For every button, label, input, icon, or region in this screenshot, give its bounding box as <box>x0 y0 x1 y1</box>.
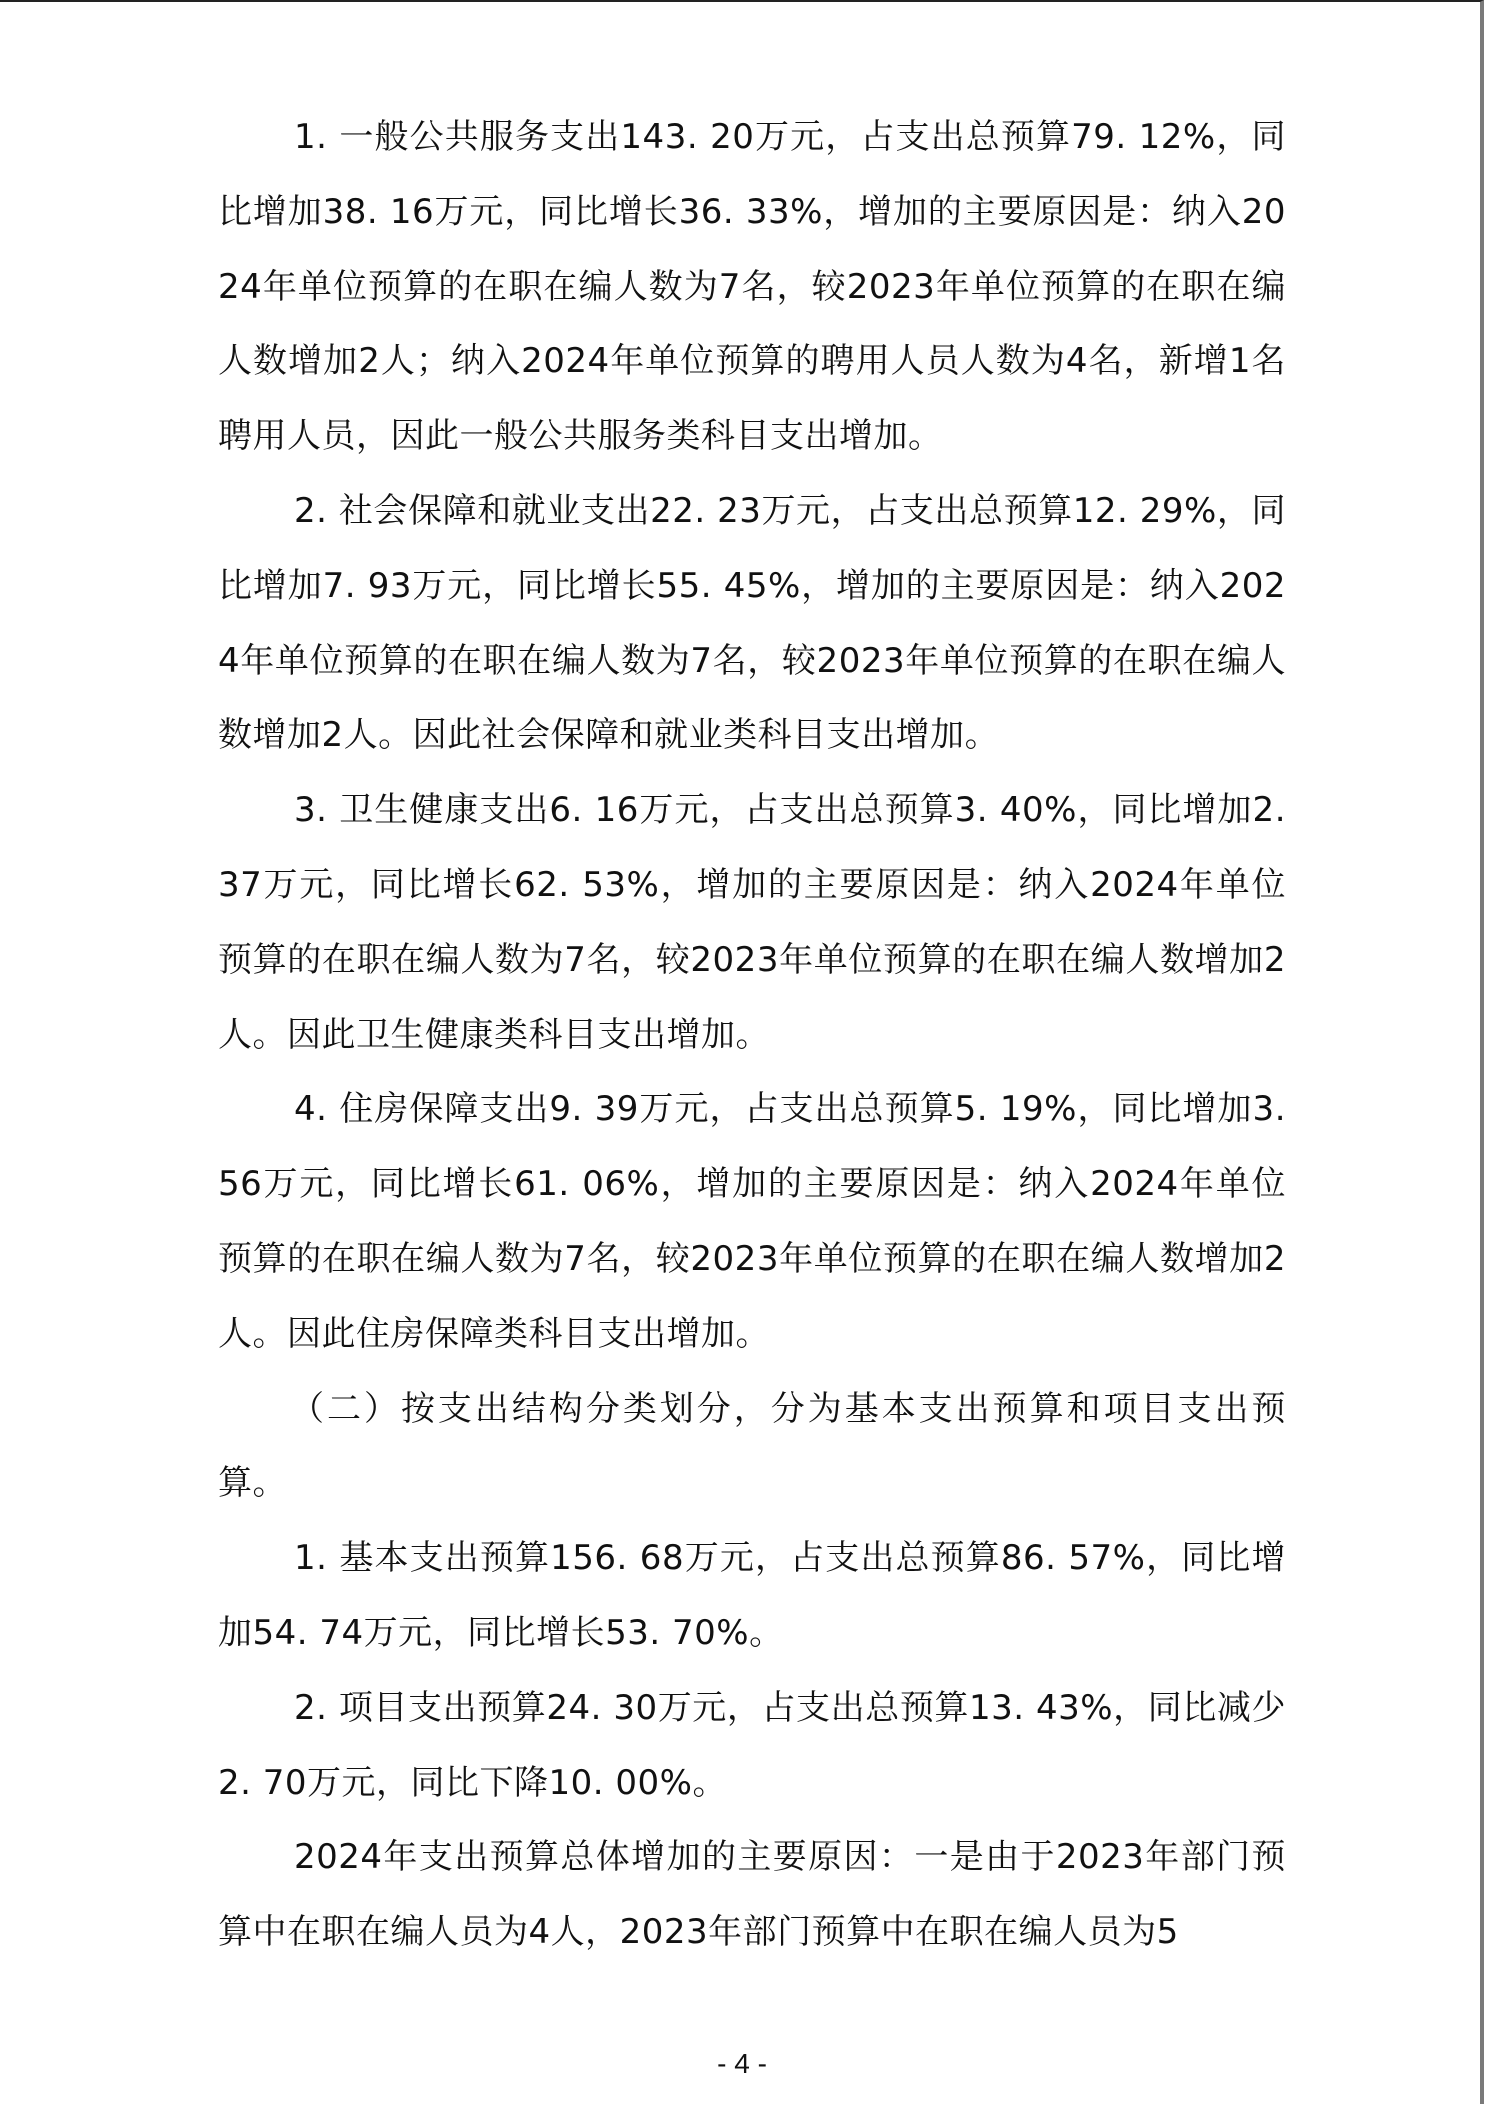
paragraph-basic-expenditure: 1. 基本支出预算156. 68万元，占支出总预算86. 57%，同比增加54.… <box>218 1521 1286 1671</box>
section-heading-expenditure-structure: （二）按支出结构分类划分，分为基本支出预算和项目支出预算。 <box>218 1372 1286 1522</box>
paragraph-general-public-services: 1. 一般公共服务支出143. 20万元，占支出总预算79. 12%，同比增加3… <box>218 100 1286 474</box>
paragraph-housing-security: 4. 住房保障支出9. 39万元，占支出总预算5. 19%，同比增加3. 56万… <box>218 1072 1286 1371</box>
paragraph-overall-increase-reason: 2024年支出预算总体增加的主要原因：一是由于2023年部门预算中在职在编人员为… <box>218 1820 1286 1970</box>
document-page: 1. 一般公共服务支出143. 20万元，占支出总预算79. 12%，同比增加3… <box>0 0 1484 2104</box>
paragraph-health: 3. 卫生健康支出6. 16万元，占支出总预算3. 40%，同比增加2. 37万… <box>218 773 1286 1072</box>
document-body: 1. 一般公共服务支出143. 20万元，占支出总预算79. 12%，同比增加3… <box>218 100 1286 1970</box>
paragraph-social-security-employment: 2. 社会保障和就业支出22. 23万元，占支出总预算12. 29%，同比增加7… <box>218 474 1286 773</box>
page-number: - 4 - <box>0 2048 1484 2080</box>
paragraph-project-expenditure: 2. 项目支出预算24. 30万元，占支出总预算13. 43%，同比减少2. 7… <box>218 1671 1286 1821</box>
